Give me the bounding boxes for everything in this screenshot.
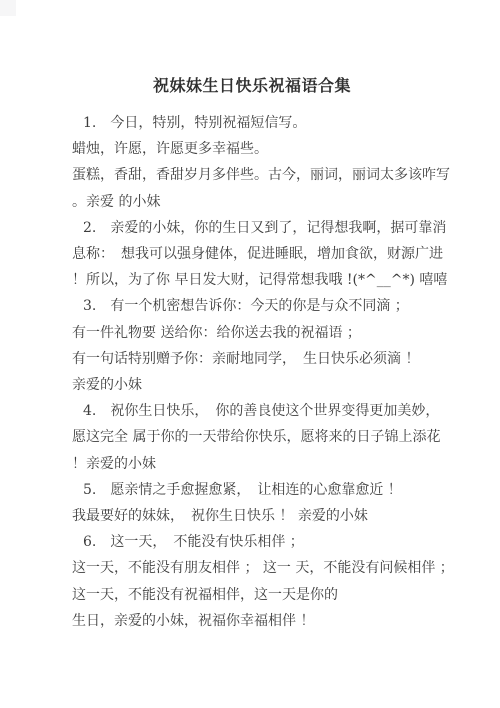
text-line: 愿这完全 属于你的一天带给你快乐，愿将来的日子锦上添花: [72, 424, 432, 450]
text-line: 我最要好的妹妹， 祝你生日快乐 ！ 亲爱的小妹: [72, 503, 432, 529]
text-line: 2. 亲爱的小妹，你的生日又到了，记得想我啊，据可靠消: [72, 215, 432, 241]
text-line: 有一件礼物要 送给你：给你送去我的祝福语 ；: [72, 320, 432, 346]
document-body: 祝妹妹生日快乐祝福语合集 1. 今日，特别，特别祝福短信写。 蜡烛，许愿，许愿更…: [72, 71, 432, 634]
text-line: 4. 祝你生日快乐， 你的善良使这个世界变得更加美妙，: [72, 398, 432, 424]
text-line: 1. 今日，特别，特别祝福短信写。: [72, 110, 432, 136]
text-line: 生日，亲爱的小妹，祝福你幸福相伴 ！: [72, 608, 432, 634]
text-line: 。亲爱 的小妹: [72, 189, 432, 215]
text-line: 6. 这一天， 不能没有快乐相伴 ；: [72, 529, 432, 555]
text-line: 息称： 想我可以强身健体，促进睡眠，增加食欲，财源广进: [72, 241, 432, 267]
scan-corner-artifact: [0, 0, 16, 16]
text-line: 蜡烛，许愿，许愿更多幸福些。: [72, 136, 432, 162]
text-line: 有一句话特别赠予你：亲耐地同学， 生日快乐必须滴 ！: [72, 346, 432, 372]
text-line: ！所以，为了你 早日发大财，记得常想我哦 !(*^__^*) 嘻嘻: [72, 267, 432, 293]
text-line: 蛋糕，香甜，香甜岁月多伴些。古今，丽词，丽词太多该咋写: [72, 162, 432, 188]
document-title: 祝妹妹生日快乐祝福语合集: [72, 71, 432, 101]
text-line: 3. 有一个机密想告诉你：今天的你是与众不同滴 ；: [72, 293, 432, 319]
text-line: 这一天，不能没有祝福相伴，这一天是你的: [72, 582, 432, 608]
text-line: 亲爱的小妹: [72, 372, 432, 398]
text-line: 5. 愿亲情之手愈握愈紧， 让相连的心愈靠愈近 ！: [72, 477, 432, 503]
document-page: 祝妹妹生日快乐祝福语合集 1. 今日，特别，特别祝福短信写。 蜡烛，许愿，许愿更…: [0, 0, 500, 708]
text-line: 这一天，不能没有朋友相伴 ； 这一 天，不能没有问候相伴 ；: [72, 555, 432, 581]
text-line: ！亲爱的小妹: [72, 451, 432, 477]
